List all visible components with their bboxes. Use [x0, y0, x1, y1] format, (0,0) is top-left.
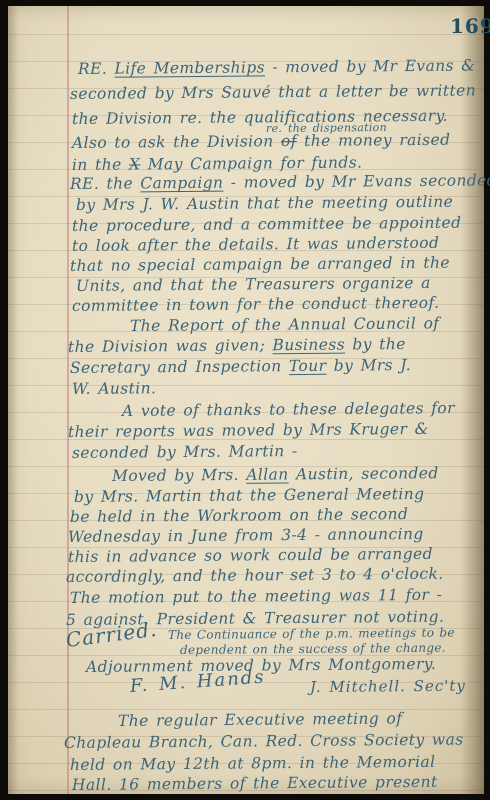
handwriting-line: accordingly, and the hour set 3 to 4 o'c… [66, 565, 444, 586]
struck-text: of [281, 132, 297, 150]
handwriting-line: the Division re. the qualifications nece… [72, 107, 448, 128]
underlined-text: Tour [289, 357, 327, 375]
text-segment: Also to ask the Division [72, 132, 281, 152]
page-number: 169 [450, 14, 490, 38]
ledger-page: 169 RE. Life Memberships - moved by Mr E… [8, 6, 484, 794]
underlined-text: Allan [246, 465, 288, 483]
handwriting-line: Units, and that the Treasurers organize … [76, 274, 431, 295]
text-segment: RE. [78, 60, 115, 78]
handwriting-line: seconded by Mrs Sauvé that a letter be w… [70, 81, 476, 103]
handwriting-line: RE. the Campaign - moved by Mr Evans sec… [70, 171, 490, 193]
handwriting-line: The regular Executive meeting of [118, 710, 402, 730]
handwriting-line: seconded by Mrs. Martin - [72, 442, 298, 462]
text-segment: May Campaign for funds. [140, 153, 362, 173]
text-segment: Moved by Mrs. [112, 466, 246, 485]
text-segment: the Division was given; [68, 336, 273, 356]
handwriting-line: the Division was given; Business by the [68, 335, 406, 356]
handwriting-line: Also to ask the Division of the money ra… [72, 131, 451, 152]
text-segment: - moved by Mr Evans & [265, 57, 476, 77]
handwriting-line: in the X May Campaign for funds. [72, 153, 363, 174]
text-segment: in the [72, 156, 129, 174]
margin-line [67, 6, 69, 794]
handwriting-line: by Mrs. Martin that the General Meeting [74, 485, 425, 506]
handwriting-line: The Continuance of the p.m. meetings to … [168, 625, 455, 642]
text-segment: by the [345, 335, 406, 354]
handwriting-line: committee in town for the conduct thereo… [72, 294, 440, 315]
underlined-text: Campaign [140, 174, 223, 193]
photo-background: 169 RE. Life Memberships - moved by Mr E… [0, 0, 490, 800]
underlined-text: Business [272, 336, 345, 355]
handwriting-line: W. Austin. [72, 379, 156, 398]
handwriting-line: to look after the details. It was unders… [72, 234, 439, 255]
handwriting-line: The Report of the Annual Council of [130, 314, 440, 335]
underlined-text: Life Memberships [114, 58, 265, 77]
handwriting-line: Chapleau Branch, Can. Red. Cross Society… [64, 731, 464, 752]
handwriting-line: Secretary and Inspection Tour by Mrs J. [70, 356, 411, 377]
handwriting-line: the procedure, and a committee be appoin… [72, 214, 462, 235]
left-edge-shadow [8, 6, 18, 794]
handwriting-line: Moved by Mrs. Allan Austin, seconded [112, 464, 439, 485]
struck-text: X [129, 155, 141, 173]
handwriting-line: held on May 12th at 8pm. in the Memorial [70, 753, 436, 774]
handwriting-line: be held in the Workroom on the second [70, 505, 408, 526]
text-segment: the money raised [297, 131, 451, 150]
text-segment: Austin, seconded [289, 464, 439, 483]
handwriting-line: Wednesday in June from 3-4 - announcing [68, 525, 424, 546]
handwriting-line: their reports was moved by Mrs Kruger & [68, 420, 429, 441]
text-segment: by Mrs J. [326, 356, 411, 375]
text-segment: Secretary and Inspection [70, 357, 289, 377]
handwriting-line: this in advance so work could be arrange… [68, 545, 433, 566]
text-segment: - moved by Mr Evans seconded [223, 171, 490, 191]
handwriting-line: that no special campaign be arranged in … [70, 254, 450, 275]
handwriting-line: A vote of thanks to these delegates for [122, 399, 455, 420]
handwriting-line: Hall. 16 members of the Executive presen… [72, 773, 438, 794]
handwriting-line: The motion put to the meeting was 11 for… [70, 586, 442, 607]
handwriting-line: RE. Life Memberships - moved by Mr Evans… [78, 57, 476, 78]
text-segment: RE. the [70, 174, 141, 193]
signature-secretary: J. Mitchell. Sec'ty [310, 677, 466, 696]
handwriting-line: by Mrs J. W. Austin that the meeting out… [76, 193, 453, 214]
